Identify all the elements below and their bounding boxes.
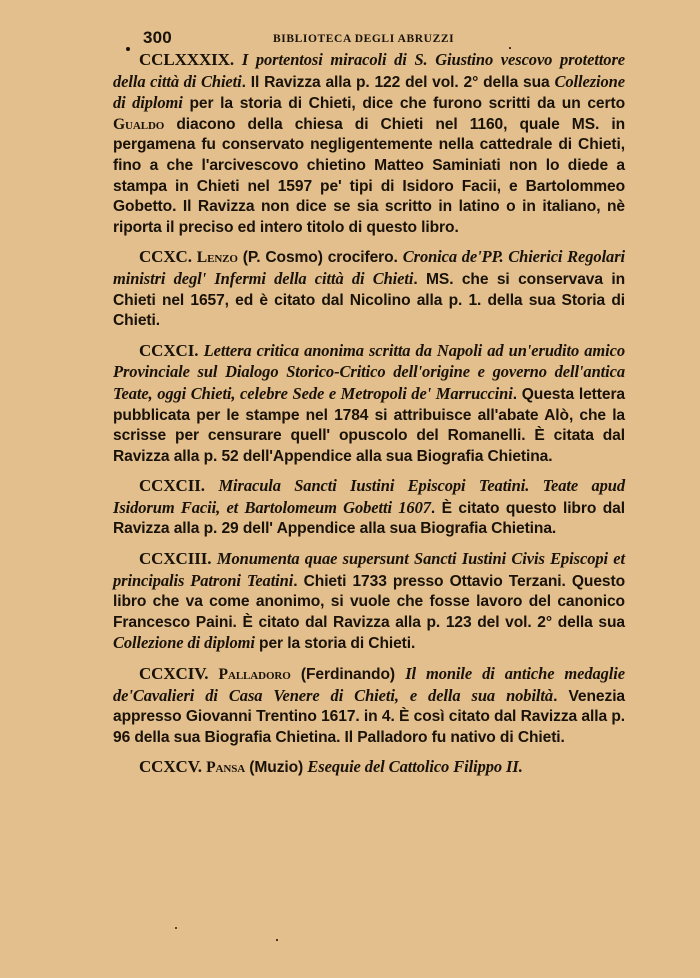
entry-number: CCXCI.	[139, 341, 198, 360]
entry-author: Lenzo	[197, 249, 238, 266]
entry-author: Palladoro	[219, 666, 291, 683]
entry-number: CCXC.	[139, 247, 192, 266]
paper-speck	[276, 939, 278, 941]
book-page: 300 BIBLIOTECA DEGLI ABRUZZI CCLXXXIX. I…	[113, 28, 625, 788]
bibliography-entry: CCLXXXIX. I portentosi miracoli di S. Gi…	[113, 50, 625, 238]
bibliography-entry: CCXCIII. Monumenta quae supersunt Sancti…	[113, 549, 625, 655]
entry-author-extra: (Muzio)	[245, 759, 307, 776]
ink-dot	[126, 47, 130, 51]
bibliography-entries: CCLXXXIX. I portentosi miracoli di S. Gi…	[113, 50, 625, 779]
body-text: . Il Ravizza alla p. 122 del vol. 2° del…	[242, 74, 555, 91]
entry-body: . Il Ravizza alla p. 122 del vol. 2° del…	[113, 74, 625, 236]
paper-speck	[509, 47, 511, 49]
body-text: per la storia di Chieti, dice che furono…	[183, 95, 625, 112]
entry-number: CCXCV.	[139, 757, 202, 776]
entry-author: Pansa	[206, 759, 245, 776]
entry-number: CCXCII.	[139, 476, 205, 495]
bibliography-entry: CCXCIV. Palladoro (Ferdinando) Il monile…	[113, 664, 625, 748]
small-caps-name: Gualdo	[113, 116, 164, 133]
bibliography-entry: CCXC. Lenzo (P. Cosmo) crocifero. Cronic…	[113, 247, 625, 331]
body-text: diacono della chiesa di Chieti nel 1160,…	[113, 116, 625, 236]
entry-number: CCLXXXIX.	[139, 50, 234, 69]
italic-phrase: Collezione di diplomi	[113, 633, 255, 652]
entry-number: CCXCIII.	[139, 549, 211, 568]
bibliography-entry: CCXCII. Miracula Sancti Iustini Episcopi…	[113, 476, 625, 540]
page-header: 300 BIBLIOTECA DEGLI ABRUZZI	[113, 28, 625, 50]
paper-speck	[175, 927, 177, 929]
page-number: 300	[143, 28, 172, 48]
bibliography-entry: CCXCV. Pansa (Muzio) Esequie del Cattoli…	[113, 757, 625, 779]
entry-author-extra: (Ferdinando)	[291, 666, 405, 683]
entry-number: CCXCIV.	[139, 664, 208, 683]
body-text: per la storia di Chieti.	[255, 635, 415, 652]
bibliography-entry: CCXCI. Lettera critica anonima scritta d…	[113, 341, 625, 468]
entry-author-extra: (P. Cosmo) crocifero.	[238, 249, 403, 266]
running-head: BIBLIOTECA DEGLI ABRUZZI	[273, 33, 454, 45]
entry-title: Esequie del Cattolico Filippo II.	[307, 757, 522, 776]
